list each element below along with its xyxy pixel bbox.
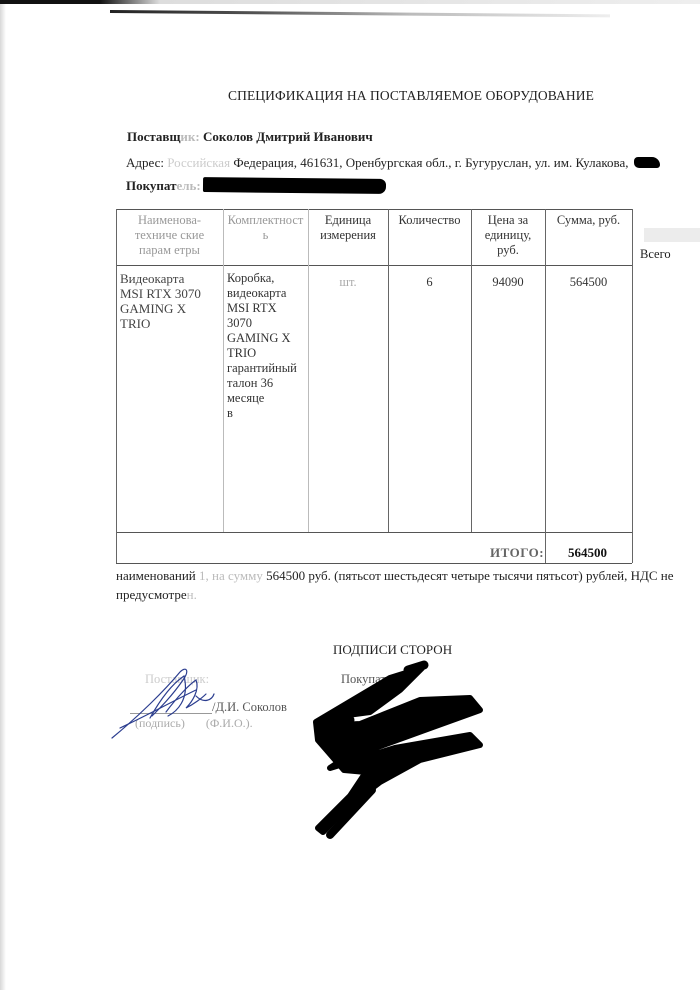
supplier-signature [112, 669, 214, 738]
handwriting-layer [0, 0, 700, 990]
buyer-signature-redaction [316, 665, 480, 835]
